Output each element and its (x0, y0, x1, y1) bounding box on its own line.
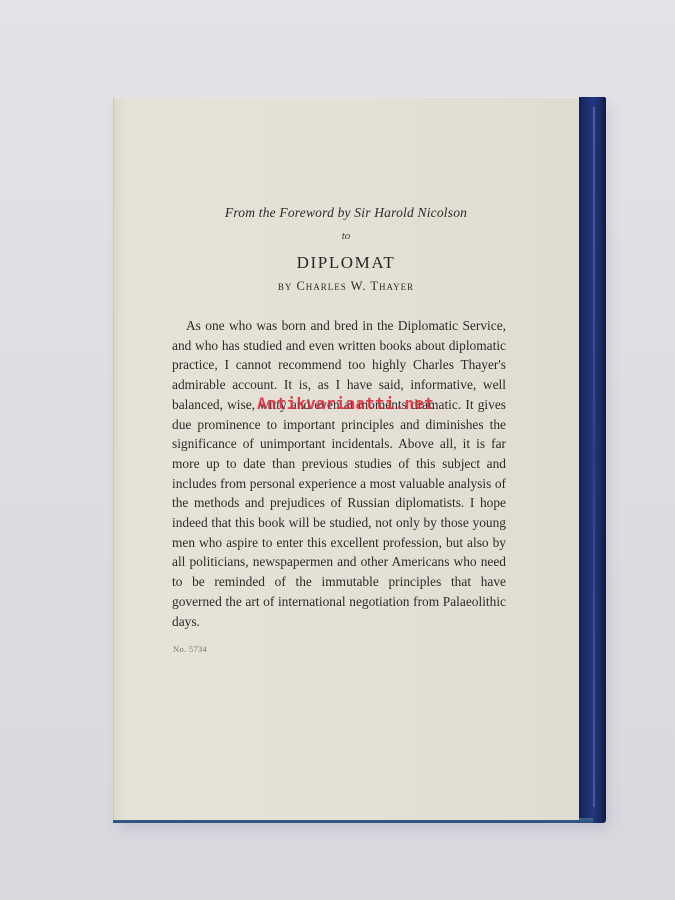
book: From the Foreword by Sir Harold Nicolson… (113, 97, 606, 825)
foreword-quote: As one who was born and bred in the Dipl… (172, 316, 506, 631)
foreword-attribution: From the Foreword by Sir Harold Nicolson (113, 205, 579, 221)
book-title: DIPLOMAT (113, 253, 579, 273)
to-line: to (113, 230, 579, 242)
catalog-number: No. 5734 (173, 644, 207, 654)
book-spine (578, 97, 606, 823)
watermark: Antikvariaatti.net (257, 394, 434, 413)
back-cover: From the Foreword by Sir Harold Nicolson… (113, 97, 579, 820)
author-byline: by Charles W. Thayer (113, 279, 579, 294)
